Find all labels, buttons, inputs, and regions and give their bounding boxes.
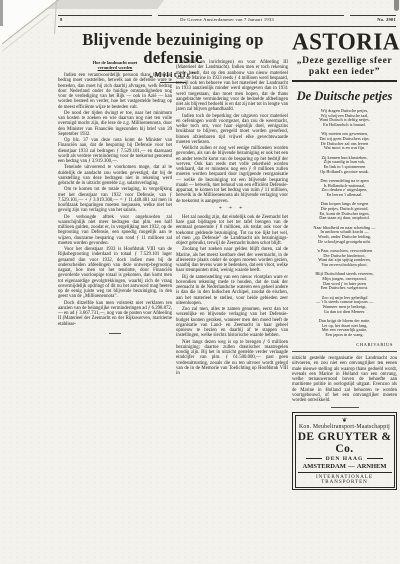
column-end-dash (109, 333, 121, 334)
dash-rule-left (306, 458, 322, 459)
article-paragraph: Voor het dienstjaar 1933 is Hoofdstuk VI… (58, 247, 172, 300)
article-paragraph: Niet langs dezen weg is op te brengen ƒ … (176, 340, 288, 377)
scan-smudge-right (394, 0, 399, 11)
poem-stanza: Dan krijgt de bloem der natie,Let op, he… (292, 319, 397, 338)
column2-paragraphs-a: menten en inrichtingen) en voor Afdeelin… (176, 60, 288, 204)
gruyter-city-main: DEN HAAG (326, 456, 364, 462)
scan-band-artifact (48, 0, 164, 9)
poem-stanza: Blijf Duitschland steeds vereeren,Mijn j… (292, 272, 397, 291)
masthead-rule-right (350, 15, 396, 16)
article-paragraph: Bij de samenstelling van een nieuw vloot… (176, 275, 288, 307)
gruyter-ad: ❦ Kon. Meubeltransport-Maatschappij DE G… (292, 412, 397, 490)
poem-signature: CHARIVARIUS (292, 342, 397, 347)
astoria-ad-rule (292, 80, 397, 82)
article-paragraph: Zoo zal men, alles te zamen genomen, eer… (176, 307, 288, 339)
astoria-ad-slogan: „Deze gezellige sfeer pakt een ieder” (292, 56, 397, 77)
gruyter-tagline: INTERNATIONALE TRANSPORTEN (298, 472, 392, 485)
newspaper-page: 8 De Groene Amsterdammer van 7 Januari 1… (0, 0, 400, 564)
column1-paragraphs: Indien een verantwoordelijk persoon than… (58, 73, 172, 327)
article-paragraph: Indien toch de beperking der uitgaven vo… (176, 114, 288, 146)
poem-stanza: 'n Paar, misschien, verwonderenDie Duits… (292, 249, 397, 268)
article-paragraph: Om te komen tot de totale verlaging, in … (58, 187, 172, 213)
article-end-rule (331, 407, 359, 408)
astoria-slogan-line2: pakt een ieder” (292, 67, 397, 78)
poem-line: Wat mooi is en wat fijn. (292, 146, 397, 151)
poem-line: De schooljeugd grootgebracht. (292, 240, 397, 245)
article-paragraph: Het zal noodig zijn, dat eindelijk ook d… (176, 215, 288, 247)
gruyter-city-dash: — (348, 463, 355, 470)
poem-stanza: Den vreemdeling na te apenIs Hollandsch-… (292, 179, 397, 198)
masthead-rule-bottom (58, 26, 396, 27)
article-paragraph: De nood der tijden dwingt er toe, naar h… (58, 111, 172, 137)
right-column: ASTORIA „Deze gezellige sfeer pakt een i… (292, 30, 397, 490)
poem-line: Ga dan tot dien Meneer. (292, 310, 397, 315)
column2-paragraphs-b: Het zal noodig zijn, dat eindelijk ook d… (176, 215, 288, 377)
gruyter-ad-inner: ❦ Kon. Meubeltransport-Maatschappij DE G… (295, 415, 395, 488)
article-paragraph: Op blz. 37 van deze nota komt de Ministe… (58, 138, 172, 164)
poem-stanza: Zij kennen hun klassieken,Zijn vaardig i… (292, 156, 397, 175)
article-column-1: Hoe de landmacht moet veranderd worden I… (58, 60, 172, 334)
poem-line: Een japon in de wang. (292, 333, 397, 338)
gruyter-company-name: DE GRUYTER & Co. (298, 431, 392, 455)
gruyter-city-row: DEN HAAG (298, 456, 392, 462)
editorial-note: Hoe de landmacht moet veranderd worden (58, 60, 172, 70)
article-paragraph: Wellicht zullen er nog wel eenige millio… (176, 146, 288, 204)
section-separator: * * * (176, 206, 288, 212)
dash-rule-right (367, 458, 383, 459)
astoria-slogan-line1: „Deze gezellige sfeer (292, 56, 397, 67)
gruyter-cities: AMSTERDAM — ARNHEM (298, 463, 392, 470)
poem-line: Dan staan zij daar, ontplooid. (292, 216, 397, 221)
poem-line: Op Holland's grootste smak. (292, 170, 397, 175)
gruyter-city-left: AMSTERDAM (303, 463, 346, 470)
article-paragraph: menten en inrichtingen) en voor Afdeelin… (176, 60, 288, 113)
article-continuation-paragraph: uitzicht gestelde reorganisatie der Land… (292, 356, 397, 403)
poem-stanza: Wij moeten ons gewennen,Dat wij geen Dui… (292, 132, 397, 151)
poem-title: De Duitsche petjes (292, 90, 397, 103)
masthead-title: De Groene Amsterdammer van 7 Januari 193… (58, 17, 396, 22)
article-paragraph: De verhoogde aftrek voor ongehuwden zal … (58, 215, 172, 247)
article-column-2: menten en inrichtingen) en voor Afdeelin… (176, 60, 288, 377)
poem-stanza: Zoo zij mijn leer geheiligd— 't Is steed… (292, 296, 397, 315)
poem-stanza: Dan loopen langs de wegenDie petjes, Dui… (292, 202, 397, 221)
masthead-rule-left (58, 15, 152, 16)
astoria-ad-logo: ASTORIA (292, 29, 397, 54)
poem-line: En Hollandsch is banaal. (292, 123, 397, 128)
article-paragraph: Indien een verantwoordelijk persoon than… (58, 73, 172, 110)
scan-smudge-left (0, 0, 3, 26)
article-paragraph: Teneinde uitvoerend te voorkomen moge, d… (58, 165, 172, 186)
article-paragraph: Doch ditzelfde kan men volstrekt niet ve… (58, 301, 172, 327)
poem-line: Van onverschrokken plooi. (292, 263, 397, 268)
gruyter-city-right: ARNHEM (357, 463, 387, 470)
poem: Wij dragen Duitsche petjes,Wij schrijven… (292, 109, 397, 338)
masthead-rule-center (158, 15, 344, 16)
poem-line: En leeren 't allemaal. (292, 193, 397, 198)
poem-stanza: Wij dragen Duitsche petjes,Wij schrijven… (292, 109, 397, 128)
article-paragraph: Zoolang het zoeken naar gelden blijft du… (176, 247, 288, 273)
gruyter-company-type: Kon. Meubeltransport-Maatschappij (298, 424, 392, 431)
column3-rule (292, 351, 397, 352)
issue-number: No. 2901 (377, 17, 396, 22)
poem-stanza: Naar blindheid en naar scheiding —In uni… (292, 226, 397, 245)
poem-line: Een Duitscher, welgetroost. (292, 286, 397, 291)
